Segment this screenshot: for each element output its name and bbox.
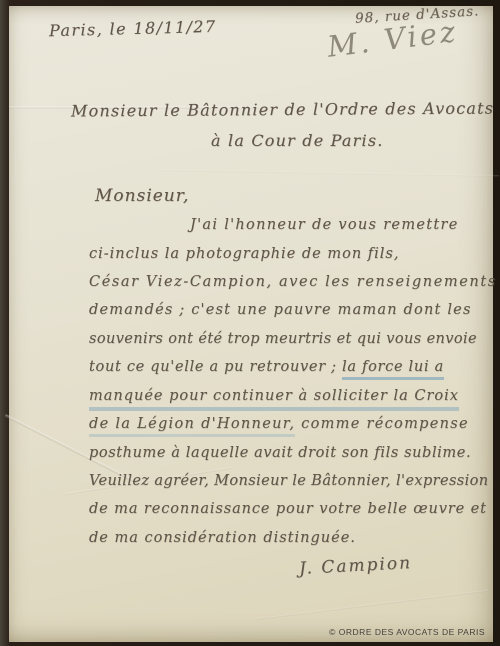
pencil-annotation: M. Viez bbox=[325, 14, 459, 64]
body-text-segment: tout ce qu'elle a pu retrouver ; bbox=[89, 359, 342, 375]
letter-paper: Paris, le 18/11/27 98, rue d'Assas. M. V… bbox=[9, 6, 493, 642]
body-line: posthume à laquelle avait droit son fils… bbox=[89, 445, 471, 461]
blue-underlined-text: la force lui a bbox=[342, 359, 444, 380]
body-line: tout ce qu'elle a pu retrouver ; la forc… bbox=[89, 359, 444, 375]
body-line: ci-inclus la photographie de mon fils, bbox=[89, 246, 399, 262]
recipient-line-1: Monsieur le Bâtonnier de l'Ordre des Avo… bbox=[71, 99, 494, 121]
body-line: de ma considération distinguée. bbox=[89, 530, 356, 546]
body-line: César Viez-Campion, avec les renseigneme… bbox=[89, 274, 497, 290]
body-line: J'ai l'honneur de vous remettre bbox=[190, 217, 459, 233]
body-line: demandés ; c'est une pauvre maman dont l… bbox=[89, 302, 472, 318]
body-line: manquée pour continuer à solliciter la C… bbox=[89, 388, 459, 404]
blue-underlined-text: manquée pour continuer à solliciter la C… bbox=[89, 388, 459, 411]
body-line: souvenirs ont été trop meurtris et qui v… bbox=[89, 331, 477, 347]
body-line: de la Légion d'Honneur, comme récompense bbox=[89, 416, 469, 432]
date-line: Paris, le 18/11/27 bbox=[49, 17, 217, 40]
recipient-line-2: à la Cour de Paris. bbox=[211, 131, 384, 150]
paper-crease bbox=[159, 169, 499, 177]
body-text-segment: comme récompense bbox=[295, 416, 469, 432]
paper-crease bbox=[255, 590, 488, 621]
body-line: Veuillez agréer, Monsieur le Bâtonnier, … bbox=[89, 473, 489, 489]
blue-underlined-text: de la Légion d'Honneur, bbox=[89, 416, 295, 437]
salutation: Monsieur, bbox=[95, 186, 189, 206]
copyright-notice: © ORDRE DES AVOCATS DE PARIS bbox=[329, 627, 485, 637]
body-line: de ma reconnaissance pour votre belle œu… bbox=[89, 501, 487, 517]
signature: J. Campion bbox=[299, 553, 413, 579]
scanned-letter: Paris, le 18/11/27 98, rue d'Assas. M. V… bbox=[0, 0, 500, 646]
